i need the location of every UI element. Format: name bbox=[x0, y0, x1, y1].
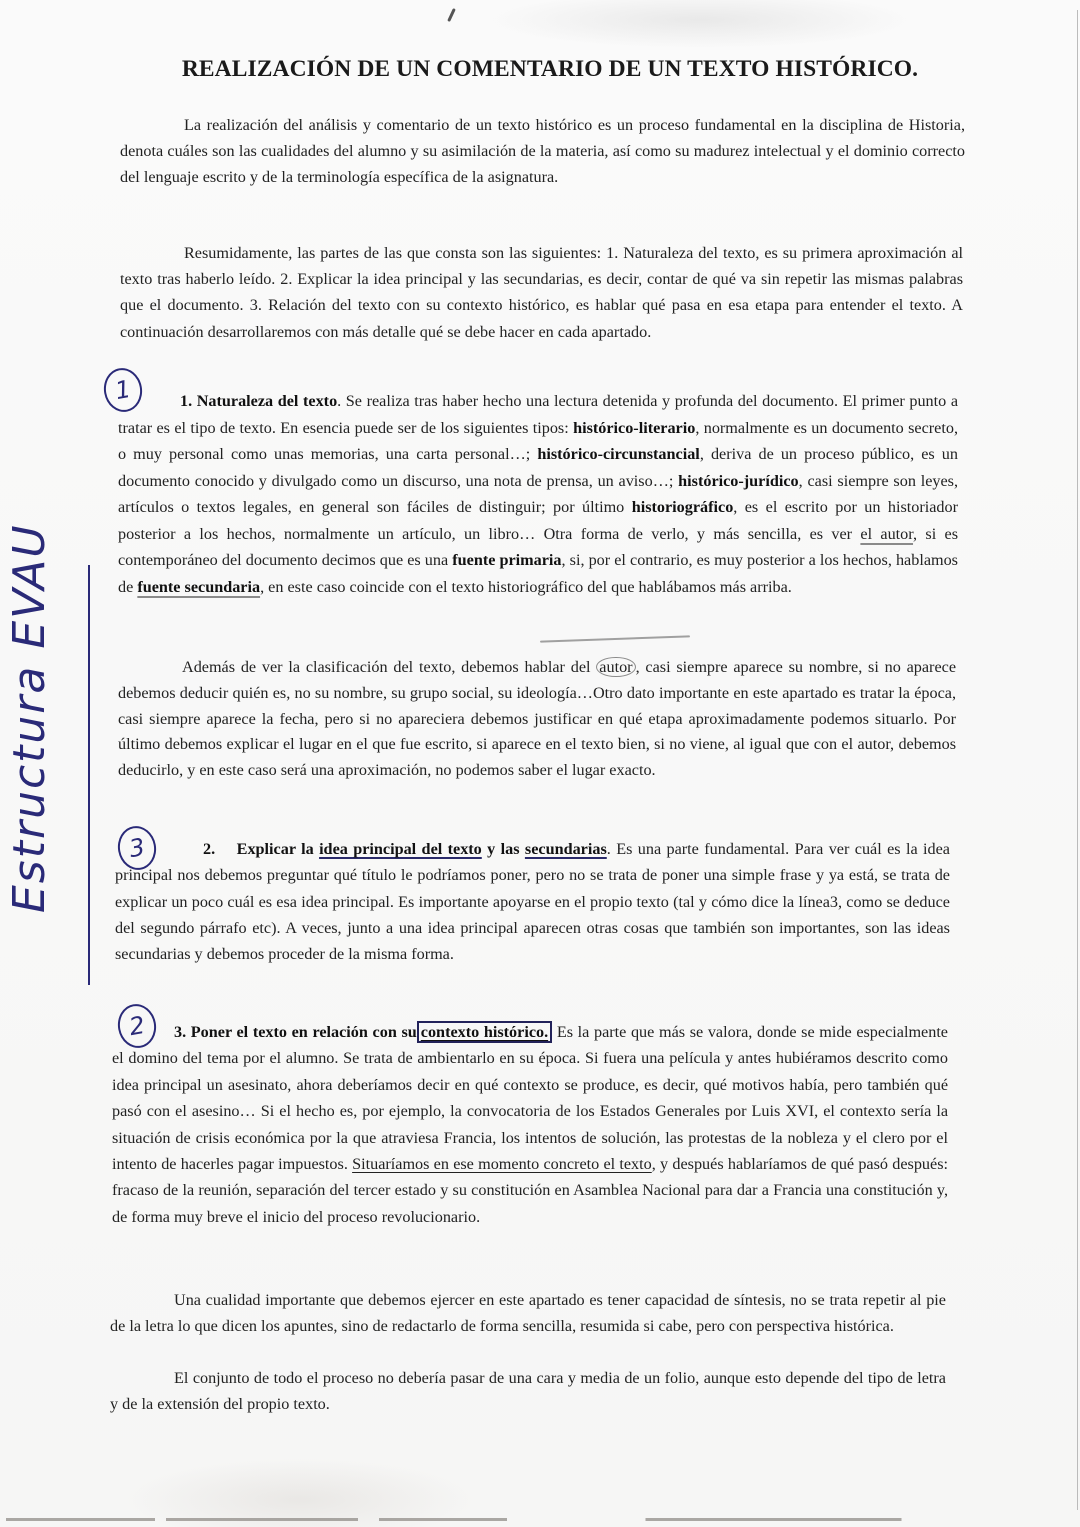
term-historico-literario: histórico-literario bbox=[573, 419, 695, 437]
text: . Es una parte fundamental. Para ver cuá… bbox=[115, 840, 950, 963]
summary-paragraph: Resumidamente, las partes de las que con… bbox=[120, 240, 963, 345]
pencil-underlined-el-autor: el autor bbox=[860, 525, 913, 543]
text: , en este caso coincide con el texto his… bbox=[260, 578, 792, 596]
lead-space bbox=[112, 1023, 174, 1041]
document-title: REALIZACIÓN DE UN COMENTARIO DE UN TEXTO… bbox=[140, 56, 960, 83]
term-historico-circunstancial: histórico-circunstancial bbox=[537, 445, 699, 463]
pencil-circled-autor: autor bbox=[596, 657, 635, 677]
term-historico-juridico: histórico-jurídico bbox=[678, 472, 799, 490]
underlined-situariamos: Situaríamos en ese momento concreto el t… bbox=[352, 1155, 652, 1173]
section-2-heading: y las bbox=[482, 840, 525, 858]
lead-space bbox=[118, 392, 180, 410]
section-1-heading: 1. Naturaleza del texto bbox=[180, 392, 337, 410]
term-historiografico: historiográfico bbox=[632, 498, 734, 516]
section-2-paragraph: 2. Explicar la idea principal del texto … bbox=[115, 836, 950, 967]
pen-underlined-idea-principal: idea principal del texto bbox=[319, 840, 482, 858]
section-1-paragraph: 1. Naturaleza del texto. Se realiza tras… bbox=[118, 388, 958, 600]
section-2-number: 2. bbox=[203, 840, 215, 858]
term-fuente-primaria: fuente primaria bbox=[452, 551, 561, 569]
page-bottom-edge bbox=[6, 1518, 1072, 1521]
term-fuente-secundaria: fuente secundaria bbox=[137, 578, 260, 596]
lead-space bbox=[115, 840, 203, 858]
pen-underlined-secundarias: secundarias bbox=[525, 840, 607, 858]
text: , casi siempre aparece su nombre, si no … bbox=[118, 658, 956, 779]
page-edge bbox=[1077, 10, 1078, 1510]
closing-paragraph-1: Una cualidad importante que debemos ejer… bbox=[110, 1287, 946, 1339]
boxed-contexto-historico: contexto histórico. bbox=[417, 1021, 552, 1043]
closing-paragraph-2: El conjunto de todo el proceso no deberí… bbox=[110, 1365, 946, 1417]
section-2-heading: Explicar la bbox=[237, 840, 319, 858]
text: Además de ver la clasificación del texto… bbox=[182, 658, 596, 676]
intro-paragraph: La realización del análisis y comentario… bbox=[120, 112, 965, 191]
margin-note-estructura-evau: Estructura EVAU bbox=[2, 613, 58, 913]
section-3-heading: 3. Poner el texto en relación con su bbox=[174, 1023, 417, 1041]
text: Es la parte que más se valora, donde se … bbox=[112, 1023, 948, 1173]
section-1b-paragraph: Además de ver la clasificación del texto… bbox=[118, 655, 956, 784]
margin-note-underline bbox=[88, 565, 90, 985]
section-3-paragraph: 3. Poner el texto en relación con sucont… bbox=[112, 1019, 948, 1230]
